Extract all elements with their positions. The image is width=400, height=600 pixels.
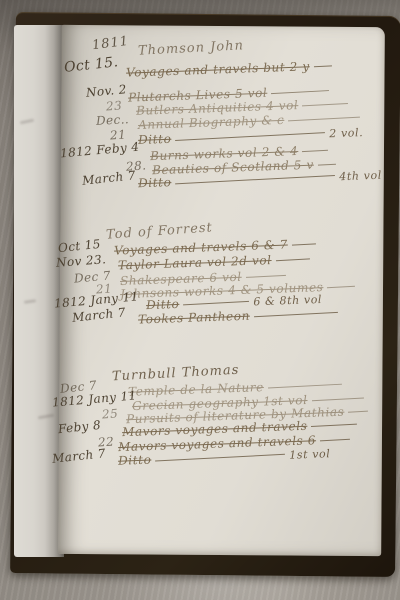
strike-line bbox=[311, 424, 357, 427]
strike-line bbox=[302, 103, 348, 106]
strike-line bbox=[288, 117, 360, 122]
entry-title-text: Ditto bbox=[138, 175, 172, 190]
strike-line bbox=[271, 90, 329, 94]
entry-date: Dec.. bbox=[96, 112, 130, 128]
strike-line bbox=[276, 258, 310, 261]
entry-title-text: Ditto bbox=[138, 132, 172, 147]
entry-date: 25 bbox=[102, 406, 119, 421]
strike-line bbox=[348, 411, 368, 413]
strike-line bbox=[175, 132, 325, 141]
strike-line bbox=[302, 150, 328, 152]
entry-note: 4th vol bbox=[339, 169, 382, 183]
strike-line bbox=[327, 286, 355, 288]
strike-line bbox=[155, 454, 285, 462]
entry-note: 2 vol. bbox=[329, 126, 363, 140]
strike-line bbox=[183, 301, 249, 305]
strike-line bbox=[268, 384, 342, 389]
entry-date: 23 bbox=[106, 98, 123, 113]
strike-line bbox=[320, 439, 350, 442]
left-page bbox=[14, 25, 64, 557]
entry-title-text: Ditto bbox=[118, 453, 152, 468]
entry-title-text: Ditto bbox=[146, 297, 180, 312]
strike-line bbox=[312, 398, 364, 402]
strike-line bbox=[246, 275, 286, 278]
photograph-of-ledger: 1811 Thomson John Oct 15. Voyages and tr… bbox=[0, 0, 400, 600]
strike-line bbox=[175, 175, 335, 184]
strike-line bbox=[292, 243, 316, 245]
strike-line bbox=[314, 65, 332, 67]
entry-note: 1st vol bbox=[289, 447, 331, 461]
strike-line bbox=[318, 164, 336, 166]
strike-line bbox=[254, 312, 338, 317]
